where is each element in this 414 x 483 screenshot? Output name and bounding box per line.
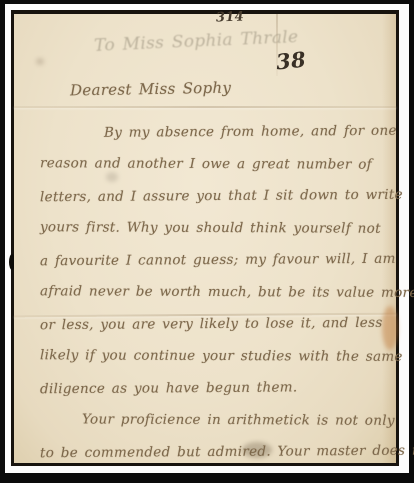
letter-photo-frame: 314 To Miss Sophia Thrale 38 Dearest Mis… bbox=[0, 0, 414, 483]
page-number-annotation: 314 bbox=[216, 10, 245, 26]
folio-number-annotation: 38 bbox=[275, 47, 307, 75]
letter-line: Your proficience in arithmetick is not o… bbox=[40, 403, 390, 437]
photo-matte: 314 To Miss Sophia Thrale 38 Dearest Mis… bbox=[5, 4, 409, 473]
letter-photograph: 314 To Miss Sophia Thrale 38 Dearest Mis… bbox=[11, 10, 399, 466]
letter-line: diligence as you have begun them. bbox=[40, 371, 390, 405]
paper-stain bbox=[36, 58, 44, 65]
letter-line: to be commended but admired. Your master… bbox=[40, 435, 390, 469]
letter-body: By my absence from home, and for one rea… bbox=[40, 116, 390, 468]
paper-crease bbox=[14, 106, 396, 108]
letter-line: likely if you continue your studies with… bbox=[40, 339, 390, 373]
address-annotation: To Miss Sophia Thrale bbox=[94, 24, 369, 56]
letter-line: By my absence from home, and for one bbox=[40, 115, 390, 149]
letter-line: letters, and I assure you that I sit dow… bbox=[40, 179, 390, 213]
letter-line: reason and another I owe a great number … bbox=[40, 147, 390, 181]
letter-line: a favourite I cannot guess; my favour wi… bbox=[40, 243, 390, 277]
letter-paper: 314 To Miss Sophia Thrale 38 Dearest Mis… bbox=[14, 14, 396, 463]
salutation: Dearest Miss Sophy bbox=[70, 79, 231, 100]
letter-line: afraid never be worth much, but be its v… bbox=[40, 275, 390, 309]
letter-line: or less, you are very likely to lose it,… bbox=[40, 307, 390, 341]
letter-line: yours first. Why you should think yourse… bbox=[40, 211, 390, 245]
